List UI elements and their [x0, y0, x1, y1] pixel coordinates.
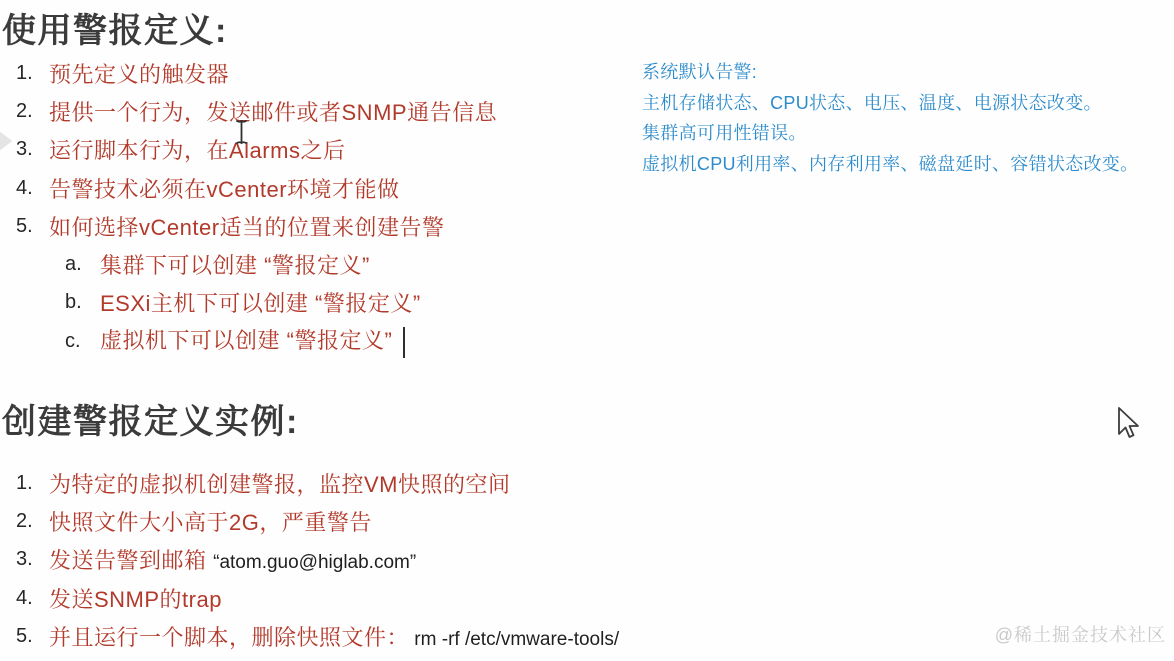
- list-text: 预先定义的触发器: [49, 58, 229, 89]
- list-text: ESXi主机下可以创建 “警报定义”: [100, 287, 421, 318]
- arrow-cursor-icon: [1115, 406, 1141, 449]
- text-segment: 快照文件大小高于2G，严重警告: [49, 510, 372, 535]
- text-caret: [403, 327, 405, 358]
- text-segment: 预先定义的触发器: [49, 62, 229, 87]
- text-segment: 提供一个行为，发送邮件或者SNMP通告信息: [49, 100, 497, 125]
- list-item: 1.预先定义的触发器: [16, 54, 497, 92]
- text-segment: “atom.guo@higlab.com”: [213, 552, 416, 573]
- list-marker: a.: [65, 253, 100, 276]
- list-text: 告警技术必须在vCenter环境才能做: [49, 173, 400, 204]
- list-item: 2.提供一个行为，发送邮件或者SNMP通告信息: [16, 92, 497, 130]
- list-item: 4.发送SNMP的trap: [16, 579, 619, 617]
- text-segment: 如何选择vCenter适当的位置来创建告警: [49, 215, 445, 240]
- list-marker: 1.: [16, 62, 49, 85]
- list-item: a.集群下可以创建 “警报定义”: [16, 245, 497, 283]
- text-segment: 发送告警到邮箱: [49, 548, 213, 573]
- list-marker: 4.: [16, 177, 49, 200]
- list-text: 提供一个行为，发送邮件或者SNMP通告信息: [49, 96, 497, 127]
- text-segment: 并且运行一个脚本，删除快照文件: [49, 625, 387, 650]
- list-text: 快照文件大小高于2G，严重警告: [49, 506, 372, 537]
- list-text: 运行脚本行为，在Alarms之后: [49, 134, 345, 165]
- sidenote-line: 集群高可用性错误。: [642, 117, 1138, 148]
- section2-title: 创建警报定义实例:: [2, 394, 299, 443]
- list-marker: c.: [65, 330, 100, 353]
- list-text: 集群下可以创建 “警报定义”: [100, 249, 370, 280]
- text-segment: 为特定的虚拟机创建警报，监控VM快照的空间: [49, 472, 511, 497]
- list-marker: b.: [65, 291, 100, 314]
- note-page: 使用警报定义: 1.预先定义的触发器2.提供一个行为，发送邮件或者SNMP通告信…: [0, 0, 1174, 661]
- text-segment: ：: [387, 625, 410, 650]
- list-text: 发送SNMP的trap: [49, 583, 222, 614]
- faded-play-arrow-icon: [0, 130, 13, 157]
- list-text: 发送告警到邮箱 “atom.guo@higlab.com”: [49, 544, 416, 575]
- text-segment: ESXi主机下可以创建 “警报定义”: [100, 291, 421, 316]
- sidenote-line: 系统默认告警:: [642, 56, 1138, 87]
- list-text: 为特定的虚拟机创建警报，监控VM快照的空间: [49, 468, 511, 499]
- sidenote-line: 主机存储状态、CPU状态、电压、温度、电源状态改变。: [642, 87, 1138, 118]
- text-segment: 集群下可以创建 “警报定义”: [100, 253, 370, 278]
- list-item: c.虚拟机下可以创建 “警报定义”: [16, 322, 497, 360]
- list-text: 虚拟机下可以创建 “警报定义”: [100, 324, 405, 358]
- list-item: 3.运行脚本行为，在Alarms之后: [16, 131, 497, 169]
- text-segment: rm -rf /etc/vmware-tools/: [409, 629, 619, 650]
- list-marker: 5.: [16, 215, 49, 238]
- list-item: 5.并且运行一个脚本，删除快照文件： rm -rf /etc/vmware-to…: [16, 617, 619, 655]
- text-segment: 发送SNMP的trap: [49, 587, 222, 612]
- section1-list: 1.预先定义的触发器2.提供一个行为，发送邮件或者SNMP通告信息3.运行脚本行…: [16, 54, 497, 360]
- ibeam-cursor-icon: [234, 119, 249, 150]
- list-marker: 4.: [16, 587, 49, 610]
- section1-title: 使用警报定义:: [2, 3, 228, 52]
- list-text: 如何选择vCenter适当的位置来创建告警: [49, 211, 445, 242]
- list-item: 1.为特定的虚拟机创建警报，监控VM快照的空间: [16, 464, 619, 502]
- list-marker: 5.: [16, 625, 49, 648]
- list-marker: 2.: [16, 100, 49, 123]
- list-item: 5.如何选择vCenter适当的位置来创建告警: [16, 207, 497, 245]
- list-item: 4.告警技术必须在vCenter环境才能做: [16, 169, 497, 207]
- text-segment: 运行脚本行为，在Alarms之后: [49, 138, 345, 163]
- list-item: 2.快照文件大小高于2G，严重警告: [16, 502, 619, 540]
- list-marker: 2.: [16, 510, 49, 533]
- watermark: @稀土掘金技术社区: [995, 621, 1166, 647]
- system-default-alarms-note: 系统默认告警:主机存储状态、CPU状态、电压、温度、电源状态改变。集群高可用性错…: [642, 56, 1138, 178]
- list-marker: 3.: [16, 138, 49, 161]
- sidenote-line: 虚拟机CPU利用率、内存利用率、磁盘延时、容错状态改变。: [642, 148, 1138, 179]
- list-text: 并且运行一个脚本，删除快照文件： rm -rf /etc/vmware-tool…: [49, 621, 619, 652]
- section2-list: 1.为特定的虚拟机创建警报，监控VM快照的空间2.快照文件大小高于2G，严重警告…: [16, 464, 619, 655]
- list-item: 3.发送告警到邮箱 “atom.guo@higlab.com”: [16, 541, 619, 579]
- text-segment: 虚拟机下可以创建 “警报定义”: [100, 328, 392, 353]
- list-marker: 3.: [16, 548, 49, 571]
- list-item: b.ESXi主机下可以创建 “警报定义”: [16, 284, 497, 322]
- list-marker: 1.: [16, 472, 49, 495]
- text-segment: 告警技术必须在vCenter环境才能做: [49, 177, 400, 202]
